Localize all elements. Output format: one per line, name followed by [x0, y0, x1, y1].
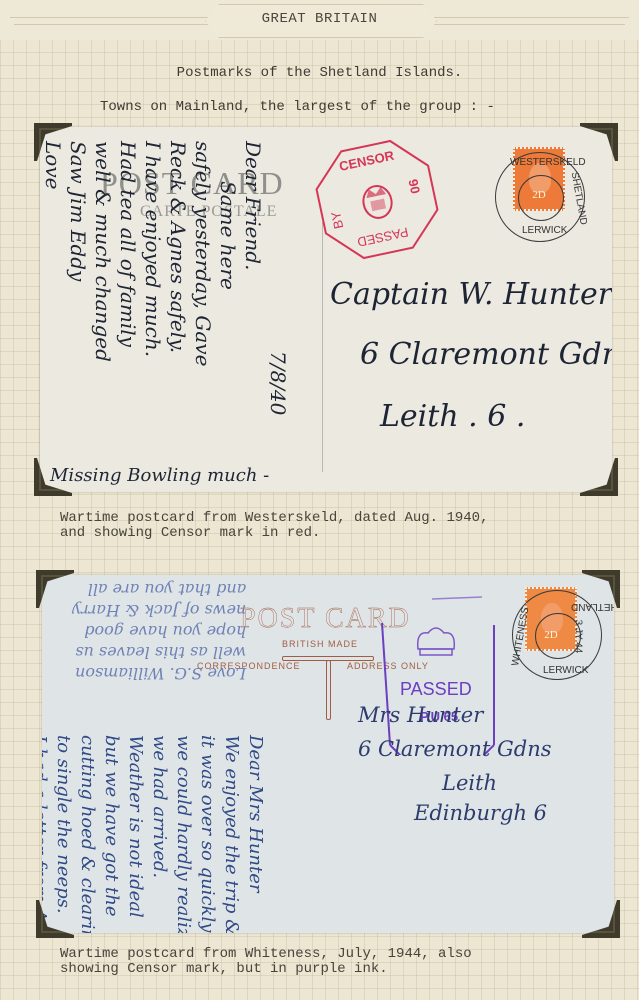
crown-icon — [418, 628, 455, 655]
postmark-region: SHETLAND — [569, 171, 589, 225]
address-line-2: 6 Claremont Gdns — [358, 737, 552, 761]
handwritten-message: 7/8/40 Dear Friend. Same here safely yes… — [40, 141, 290, 415]
message-date: 7/8/40 — [265, 141, 290, 415]
handwritten-message-upside-down: Love S.G. Williamson well as this leaves… — [72, 579, 246, 684]
postmark-whiteness: WHITENESS SHETLAND 3 JY 44 LERWICK — [512, 590, 602, 680]
postmark-date: 3 JY 44 — [572, 620, 583, 654]
censor-mark-red: CENSOR BY 90 PASSED — [306, 131, 447, 268]
postmark-office: LERWICK — [543, 665, 588, 676]
censor-passed-text: PASSED — [400, 679, 472, 700]
address-line-1: Captain W. Hunter — [330, 277, 612, 312]
printed-divider-stem — [326, 660, 331, 720]
page-title: GREAT BRITAIN — [0, 11, 639, 27]
address-line-1: Mrs Hunter — [358, 703, 483, 727]
censor-text-right: 90 — [405, 178, 423, 195]
postcard-westerskeld[interactable]: POST CARD CARTE POSTALE CENSOR BY 90 PAS… — [40, 127, 612, 492]
caption-card1-line1: Wartime postcard from Westerskeld, dated… — [60, 511, 488, 526]
page-subheading: Towns on Mainland, the largest of the gr… — [100, 99, 495, 115]
handwritten-message: Dear Mrs Hunter We enjoyed the trip & it… — [42, 735, 267, 933]
caption-card2-line2: showing Censor mark, but in purple ink. — [60, 962, 388, 977]
card-divider-line — [322, 222, 323, 472]
caption-card1-line2: and showing Censor mark in red. — [60, 526, 320, 541]
postmark-office: LERWICK — [522, 225, 567, 236]
address-line-2: 6 Claremont Gdns. — [360, 337, 612, 372]
printed-british-made: BRITISH MADE — [282, 639, 358, 649]
postmark-region: SHETLAND — [571, 601, 614, 612]
postcard-whiteness[interactable]: POST CARD BRITISH MADE CORRESPONDENCE AD… — [42, 575, 614, 933]
address-line-3: Leith . 6 . — [380, 399, 525, 434]
address-line-3: Leith — [442, 771, 497, 795]
postmark-westerskeld: WESTERSKELD SHETLAND LERWICK — [495, 152, 585, 242]
octagon-frame-icon — [372, 595, 500, 755]
postmark-town: WESTERSKELD — [510, 157, 586, 168]
crown-icon — [360, 183, 394, 220]
censor-mark-purple: PASSED P.U 65 — [372, 595, 500, 755]
message-footer: Missing Bowling much - — [50, 465, 269, 486]
address-line-4: Edinburgh 6 — [414, 801, 547, 825]
caption-card2-line1: Wartime postcard from Whiteness, July, 1… — [60, 947, 472, 962]
page-heading: Postmarks of the Shetland Islands. — [0, 65, 639, 81]
postmark-town: WHITENESS — [510, 606, 531, 666]
